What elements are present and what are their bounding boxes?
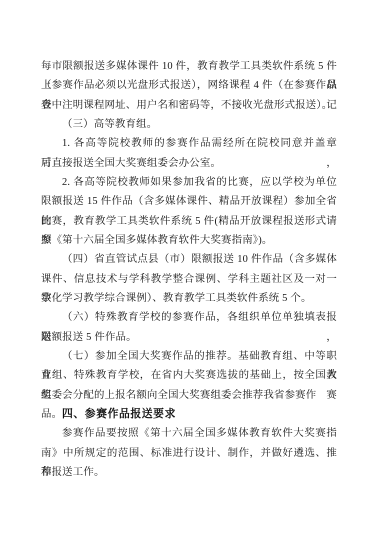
- text-line: 比赛，教育教学工具类软件系统 5 件(精品开放课程报送形式请参: [41, 212, 337, 231]
- text-line: （七）参加全国大奖赛作品的推荐。基础教育组、中等职业教: [41, 347, 337, 366]
- text-line: 1. 各高等院校教师的参赛作品需经所在院校同意并盖章后，: [41, 134, 337, 153]
- document-text-block: 每市限额报送多媒体课件 10 件，教育教学工具类软件系统 5 件（以 上参赛作品…: [41, 57, 337, 482]
- text-line: 育组、特殊教育学校，在省内大奖赛选拔的基础上，按全国大奖赛: [41, 366, 337, 385]
- text-line: （三）高等教育组。: [41, 115, 337, 134]
- text-line: 参赛作品要按照《第十六届全国多媒体教育软件大奖赛指: [41, 424, 337, 443]
- text-line: 南》中所规定的范围、标准进行设计、制作，并做好遴选、推荐: [41, 444, 337, 463]
- text-line: 组委会分配的上报名额向全国大奖赛组委会推荐我省参赛作品。: [41, 386, 337, 405]
- text-line: 字化学习教学综合课例）、教育教学工具类软件系统 5 个。: [41, 289, 337, 308]
- text-line: 表中注明课程网址、用户名和密码等，不接收光盘形式报送）。: [41, 96, 337, 115]
- document-page: 每市限额报送多媒体课件 10 件，教育教学工具类软件系统 5 件（以 上参赛作品…: [0, 0, 378, 539]
- text-line: 限额报送 15 件作品（含多媒体课件、精品开放课程）参加全省的: [41, 192, 337, 211]
- text-line: 2. 各高等院校教师如果参加我省的比赛，应以学校为单位: [41, 173, 337, 192]
- text-line: 上参赛作品必须以光盘形式报送），网络课程 4 件（在参赛作品登记: [41, 76, 337, 95]
- text-line: （六）特殊教育学校的参赛作品，各组织单位单独填表报送，: [41, 308, 337, 327]
- text-line: （四）省直管试点县（市）限额报送 10 件作品（含多媒体: [41, 250, 337, 269]
- text-line: 和报送工作。: [41, 463, 337, 482]
- text-line: 每市限额报送多媒体课件 10 件，教育教学工具类软件系统 5 件（以: [41, 57, 337, 76]
- section-heading: 四、参赛作品报送要求: [41, 405, 337, 424]
- text-line: 照《第十六届全国多媒体教育软件大奖赛指南》)。: [41, 231, 337, 250]
- text-line: 课件、信息技术与学科教学整合课例、学科主题社区及一对一数: [41, 270, 337, 289]
